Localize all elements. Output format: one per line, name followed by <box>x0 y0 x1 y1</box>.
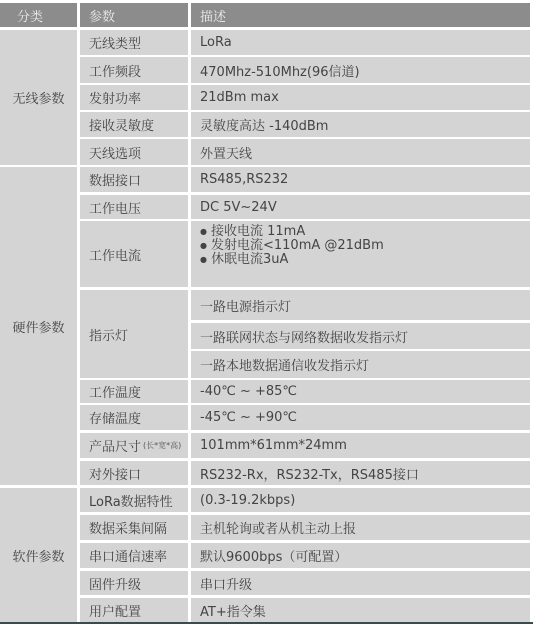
param-storage-temp: 存储温度 <box>80 405 188 430</box>
desc-indicator-power: 一路电源指示灯 <box>191 290 530 320</box>
category-wireless: 无线参数 <box>0 30 77 165</box>
param-antenna: 天线选项 <box>80 139 188 165</box>
param-lora-data: LoRa数据特性 <box>80 488 188 512</box>
param-voltage: 工作电压 <box>80 195 188 219</box>
bullet-rx-current: 接收电流 11mA <box>200 225 305 239</box>
category-software: 软件参数 <box>0 488 77 622</box>
param-user-config: 用户配置 <box>80 598 188 622</box>
desc-voltage: DC 5V~24V <box>191 195 530 219</box>
desc-lora-data: (0.3-19.2kbps) <box>191 488 530 512</box>
desc-sensitivity: 灵敏度高达 -140dBm <box>191 112 530 137</box>
param-dimensions: 产品尺寸(长*宽*高) <box>80 433 188 458</box>
bullet-sleep-current: 休眠电流3uA <box>200 253 288 267</box>
desc-collection-interval: 主机轮询或者从机主动上报 <box>191 515 530 540</box>
param-collection-interval: 数据采集间隔 <box>80 515 188 540</box>
bullet-tx-current: 发射电流<110mA @21dBm <box>200 239 384 253</box>
param-sensitivity: 接收灵敏度 <box>80 112 188 137</box>
param-baud-rate: 串口通信速率 <box>80 543 188 568</box>
desc-indicator-network: 一路联网状态与网络数据收发指示灯 <box>191 323 530 349</box>
param-data-interface: 数据接口 <box>80 167 188 192</box>
param-current: 工作电流 <box>80 221 188 287</box>
desc-baud-rate: 默认9600bps（可配置） <box>191 543 530 568</box>
desc-firmware-upgrade: 串口升级 <box>191 571 530 595</box>
desc-user-config: AT+指令集 <box>191 598 530 622</box>
param-indicator: 指示灯 <box>80 290 188 378</box>
desc-tx-power: 21dBm max <box>191 85 530 110</box>
param-frequency: 工作频段 <box>80 57 188 83</box>
desc-wireless-type: LoRa <box>191 30 530 55</box>
desc-storage-temp: -45℃ ~ +90℃ <box>191 405 530 430</box>
param-tx-power: 发射功率 <box>80 85 188 110</box>
param-firmware-upgrade: 固件升级 <box>80 571 188 595</box>
desc-frequency: 470Mhz-510Mhz(96信道) <box>191 57 530 83</box>
desc-current-list: 接收电流 11mA 发射电流<110mA @21dBm 休眠电流3uA <box>191 221 530 287</box>
desc-external-interface: RS232-Rx，RS232-Tx，RS485接口 <box>191 461 530 485</box>
param-external-interface: 对外接口 <box>80 461 188 485</box>
desc-indicator-local: 一路本地数据通信收发指示灯 <box>191 351 530 378</box>
desc-antenna: 外置天线 <box>191 139 530 165</box>
param-dimensions-label: 产品尺寸 <box>89 436 141 455</box>
header-param: 参数 <box>80 3 188 27</box>
param-wireless-type: 无线类型 <box>80 30 188 55</box>
header-desc: 描述 <box>191 3 530 27</box>
param-operating-temp: 工作温度 <box>80 380 188 403</box>
desc-dimensions: 101mm*61mm*24mm <box>191 433 530 458</box>
param-dimensions-note: (长*宽*高) <box>143 440 181 451</box>
desc-operating-temp: -40℃ ~ +85℃ <box>191 380 530 403</box>
header-category: 分类 <box>0 3 77 27</box>
desc-data-interface: RS485,RS232 <box>191 167 530 192</box>
category-hardware: 硬件参数 <box>0 167 77 485</box>
